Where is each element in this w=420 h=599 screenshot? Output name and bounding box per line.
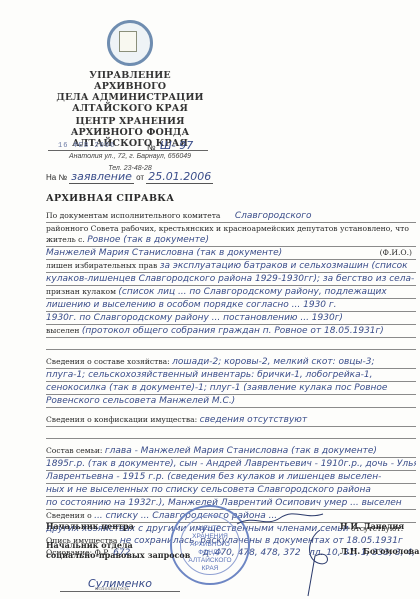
kulak-row-cont: лишению и выселению в особом порядке сог… (46, 299, 416, 312)
resident-row: житель с. Ровное (так в документе) (46, 234, 416, 247)
seal-line: КРАЯ (172, 565, 248, 573)
confiscation-row: Сведения о конфискации имущества: сведен… (46, 414, 416, 427)
family-value: глава - Манжелей Мария Станисловна (так … (105, 446, 377, 456)
resident-label: житель с. (46, 235, 85, 244)
registration-date-stamp: 16 ФЕВ 2006 (58, 142, 115, 150)
person-name: Манжелей Мария Станисловна (так в докуме… (46, 248, 282, 258)
council-text: районного Совета рабочих, крестьянских и… (46, 224, 409, 233)
deprived-value-cont: кулаков-лишенцев Славгородского района 1… (46, 274, 414, 284)
org-line: АРХИВНОГО ФОНДА (55, 127, 205, 138)
kulak-label: признан кулаком (46, 287, 116, 296)
executor-label: исполнитель (95, 586, 129, 592)
evicted-row: выселен (протокол общего собрания гражда… (46, 325, 416, 338)
resident-value: Ровное (так в документе) (87, 235, 209, 245)
evicted-label: выселен (46, 326, 79, 335)
certificate-body: По документам исполнительного комитета С… (46, 210, 416, 559)
registration-number: Ш- 97 (160, 139, 193, 152)
fio-label: (Ф.И.О.) (380, 247, 412, 258)
household-row-cont: Ровенского сельсовета Манжелей М.С.) (46, 395, 416, 408)
dept-name: Л.Н. Богомолова (340, 546, 419, 556)
confiscation-value: сведения отсутствуют (200, 415, 307, 425)
org-line: УПРАВЛЕНИЕ АРХИВНОГО (55, 70, 205, 92)
org-address: Анатолия ул., 72, г. Барнаул, 656049 (55, 152, 205, 161)
blank-line (46, 427, 416, 439)
household-label: Сведения о составе хозяйства: (46, 357, 170, 366)
dept-title-line: социально-правовых запросов (46, 550, 190, 560)
household-value-cont: плуга-1; сельскохозяйственный инвентарь:… (46, 370, 372, 380)
deprived-row: лишен избирательных прав за эксплуатацию… (46, 260, 416, 273)
family-row-cont: ных и не выселенных по списку сельсовета… (46, 484, 416, 497)
family-value-cont: Лаврентьевна - 1915 г.р. (сведения без к… (46, 472, 381, 482)
blank-line (46, 338, 416, 350)
info-label: Сведения о (46, 511, 92, 520)
kulak-value: (список лиц ... по Славгородскому району… (118, 287, 386, 297)
evicted-value: (протокол общего собрания граждан п. Ров… (82, 326, 384, 336)
signature-dept-icon (300, 528, 340, 598)
reference-prefix: На № (46, 173, 67, 182)
org-line: АЛТАЙСКОГО КРАЯ (55, 103, 205, 114)
committee-label: По документам исполнительного комитета (46, 211, 220, 220)
confiscation-label: Сведения о конфискации имущества: (46, 415, 197, 424)
council-row: районного Совета рабочих, крестьянских и… (46, 223, 416, 234)
head-title: Начальник центра (46, 521, 134, 531)
reference-from-label: от (136, 173, 144, 182)
signature-head-icon (235, 510, 325, 530)
deprived-label: лишен избирательных прав (46, 261, 157, 270)
family-row-cont: по состоянию на 1932г.), Манжелей Лаврен… (46, 497, 416, 510)
household-row: Сведения о составе хозяйства: лошади-2; … (46, 356, 416, 369)
family-label: Состав семьи: (46, 446, 102, 455)
org-line: ДЕЛА АДМИНИСТРАЦИИ (55, 92, 205, 103)
household-value-cont: Ровенского сельсовета Манжелей М.С.) (46, 396, 235, 406)
dept-title: Начальник отдела социально-правовых запр… (46, 540, 190, 560)
coat-of-arms-icon (107, 20, 153, 66)
kulak-value-cont: лишению и выселению в особом порядке сог… (46, 300, 336, 310)
person-row: Манжелей Мария Станисловна (так в докуме… (46, 247, 416, 260)
archival-certificate-page: УПРАВЛЕНИЕ АРХИВНОГО ДЕЛА АДМИНИСТРАЦИИ … (0, 0, 420, 599)
reference-date: 25.01.2006 (146, 170, 213, 184)
dept-title-line: Начальник отдела (46, 540, 190, 550)
org-line: ЦЕНТР ХРАНЕНИЯ (55, 116, 205, 127)
family-value-cont: 1895г.р. (так в документе), сын - Андрей… (46, 459, 416, 469)
family-row: Состав семьи: глава - Манжелей Мария Ста… (46, 445, 416, 458)
document-title: АРХИВНАЯ СПРАВКА (46, 193, 174, 204)
head-name: Н.И. Данелия (340, 521, 404, 531)
family-row-cont: 1895г.р. (так в документе), сын - Андрей… (46, 458, 416, 471)
household-value: лошади-2; коровы-2, мелкий скот: овцы-3; (172, 357, 374, 367)
kulak-row: признан кулаком (список лиц ... по Славг… (46, 286, 416, 299)
reference-line: На № заявление от 25.01.2006 (46, 170, 213, 183)
household-value-cont: сенокосилка (так в документе)-1; плуг-1 … (46, 383, 387, 393)
kulak-row-cont: 1930г. по Славгородскому району ... пост… (46, 312, 416, 325)
registration-number-label: № (147, 143, 156, 152)
committee-value: Славгородского (235, 211, 312, 221)
committee-row: По документам исполнительного комитета С… (46, 210, 416, 223)
deprived-value: за эксплуатацию батраков и сельхозмашин … (160, 261, 408, 271)
family-row-cont: Лаврентьевна - 1915 г.р. (сведения без к… (46, 471, 416, 484)
household-row-cont: плуга-1; сельскохозяйственный инвентарь:… (46, 369, 416, 382)
kulak-value-cont: 1930г. по Славгородскому району ... пост… (46, 313, 343, 323)
reference-request: заявление (69, 170, 134, 184)
family-value-cont: ных и не выселенных по списку сельсовета… (46, 485, 371, 495)
deprived-row-cont: кулаков-лишенцев Славгородского района 1… (46, 273, 416, 286)
household-row-cont: сенокосилка (так в документе)-1; плуг-1 … (46, 382, 416, 395)
